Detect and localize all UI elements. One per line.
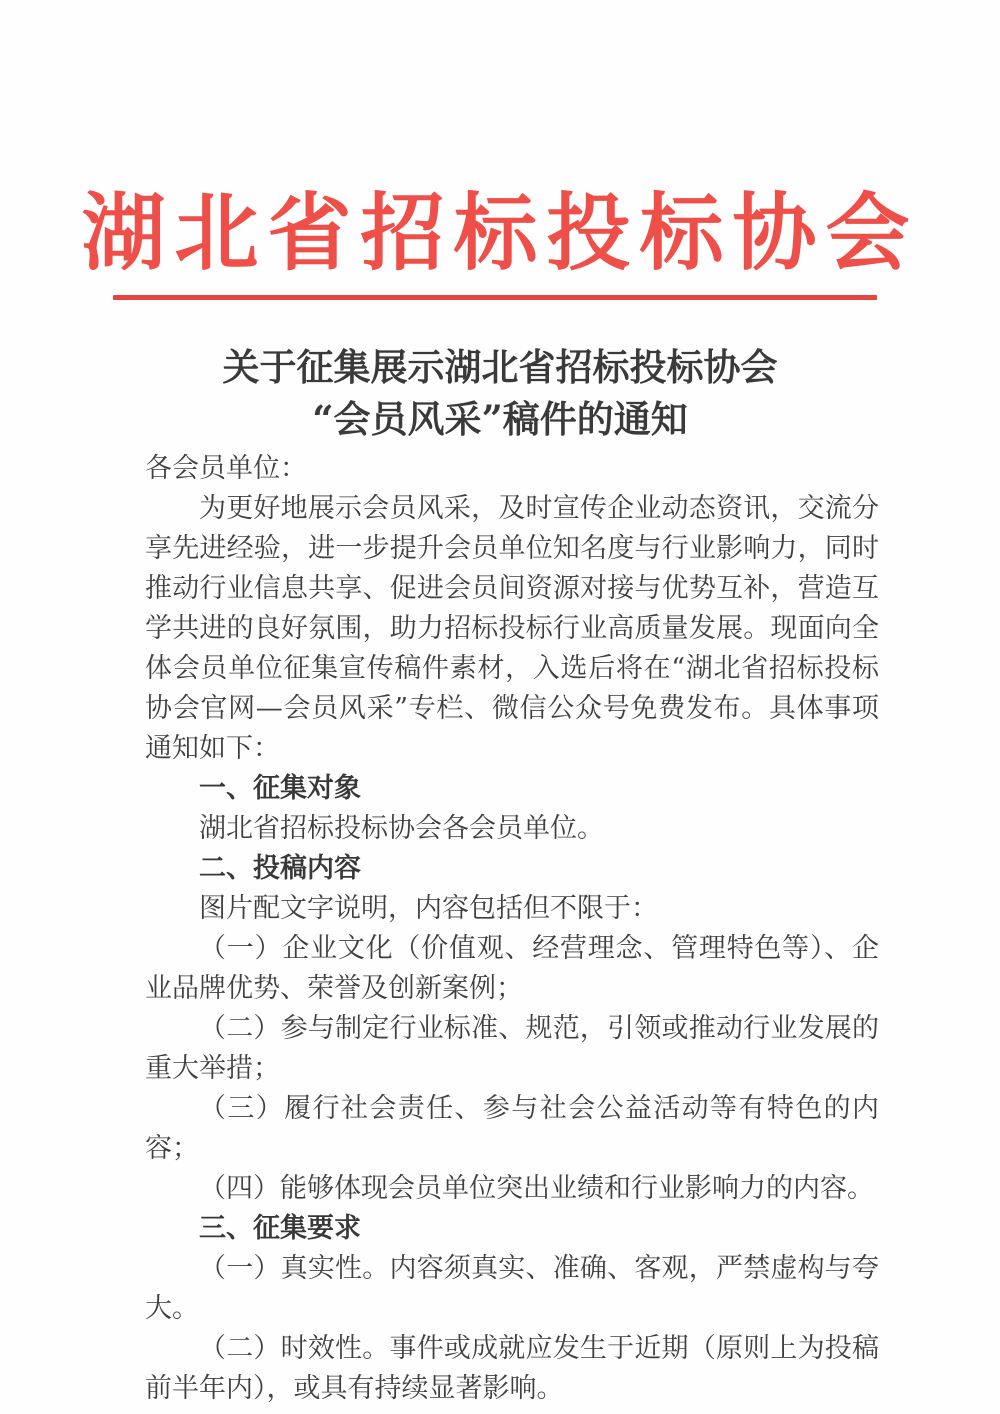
section-3-heading: 三、征集要求: [145, 1209, 879, 1249]
intro-paragraph: 为更好地展示会员风采，及时宣传企业动态资讯，交流分享先进经验，进一步提升会员单位…: [145, 489, 879, 769]
section-1-heading: 一、征集对象: [145, 769, 879, 809]
section-2-heading: 二、投稿内容: [145, 849, 879, 889]
masthead-divider-rule: [113, 295, 877, 300]
section-3-item-2: （二）时效性。事件或成就应发生于近期（原则上为投稿前半年内），或具有持续显著影响…: [145, 1329, 879, 1409]
section-1-paragraph: 湖北省招标投标协会各会员单位。: [145, 809, 879, 849]
organization-masthead: 湖北省招标投标协会: [0, 178, 1000, 288]
document-title-line2: “会员风采”稿件的通知: [0, 393, 1000, 445]
section-2-item-1: （一）企业文化（价值观、经营理念、管理特色等）、企业品牌优势、荣誉及创新案例；: [145, 929, 879, 1009]
section-3-item-1: （一）真实性。内容须真实、准确、客观，严禁虚构与夸大。: [145, 1249, 879, 1329]
document-title-line1: 关于征集展示湖北省招标投标协会: [0, 341, 1000, 393]
section-2-item-4: （四）能够体现会员单位突出业绩和行业影响力的内容。: [145, 1169, 879, 1209]
notice-body: 各会员单位： 为更好地展示会员风采，及时宣传企业动态资讯，交流分享先进经验，进一…: [145, 449, 879, 1409]
section-2-item-3: （三）履行社会责任、参与社会公益活动等有特色的内容；: [145, 1089, 879, 1169]
scanned-notice-page: 湖北省招标投标协会 关于征集展示湖北省招标投标协会 “会员风采”稿件的通知 各会…: [0, 0, 1000, 1414]
section-2-paragraph: 图片配文字说明，内容包括但不限于：: [145, 889, 879, 929]
salutation: 各会员单位：: [145, 449, 879, 489]
section-2-item-2: （二）参与制定行业标准、规范，引领或推动行业发展的重大举措；: [145, 1009, 879, 1089]
document-title: 关于征集展示湖北省招标投标协会 “会员风采”稿件的通知: [0, 341, 1000, 445]
